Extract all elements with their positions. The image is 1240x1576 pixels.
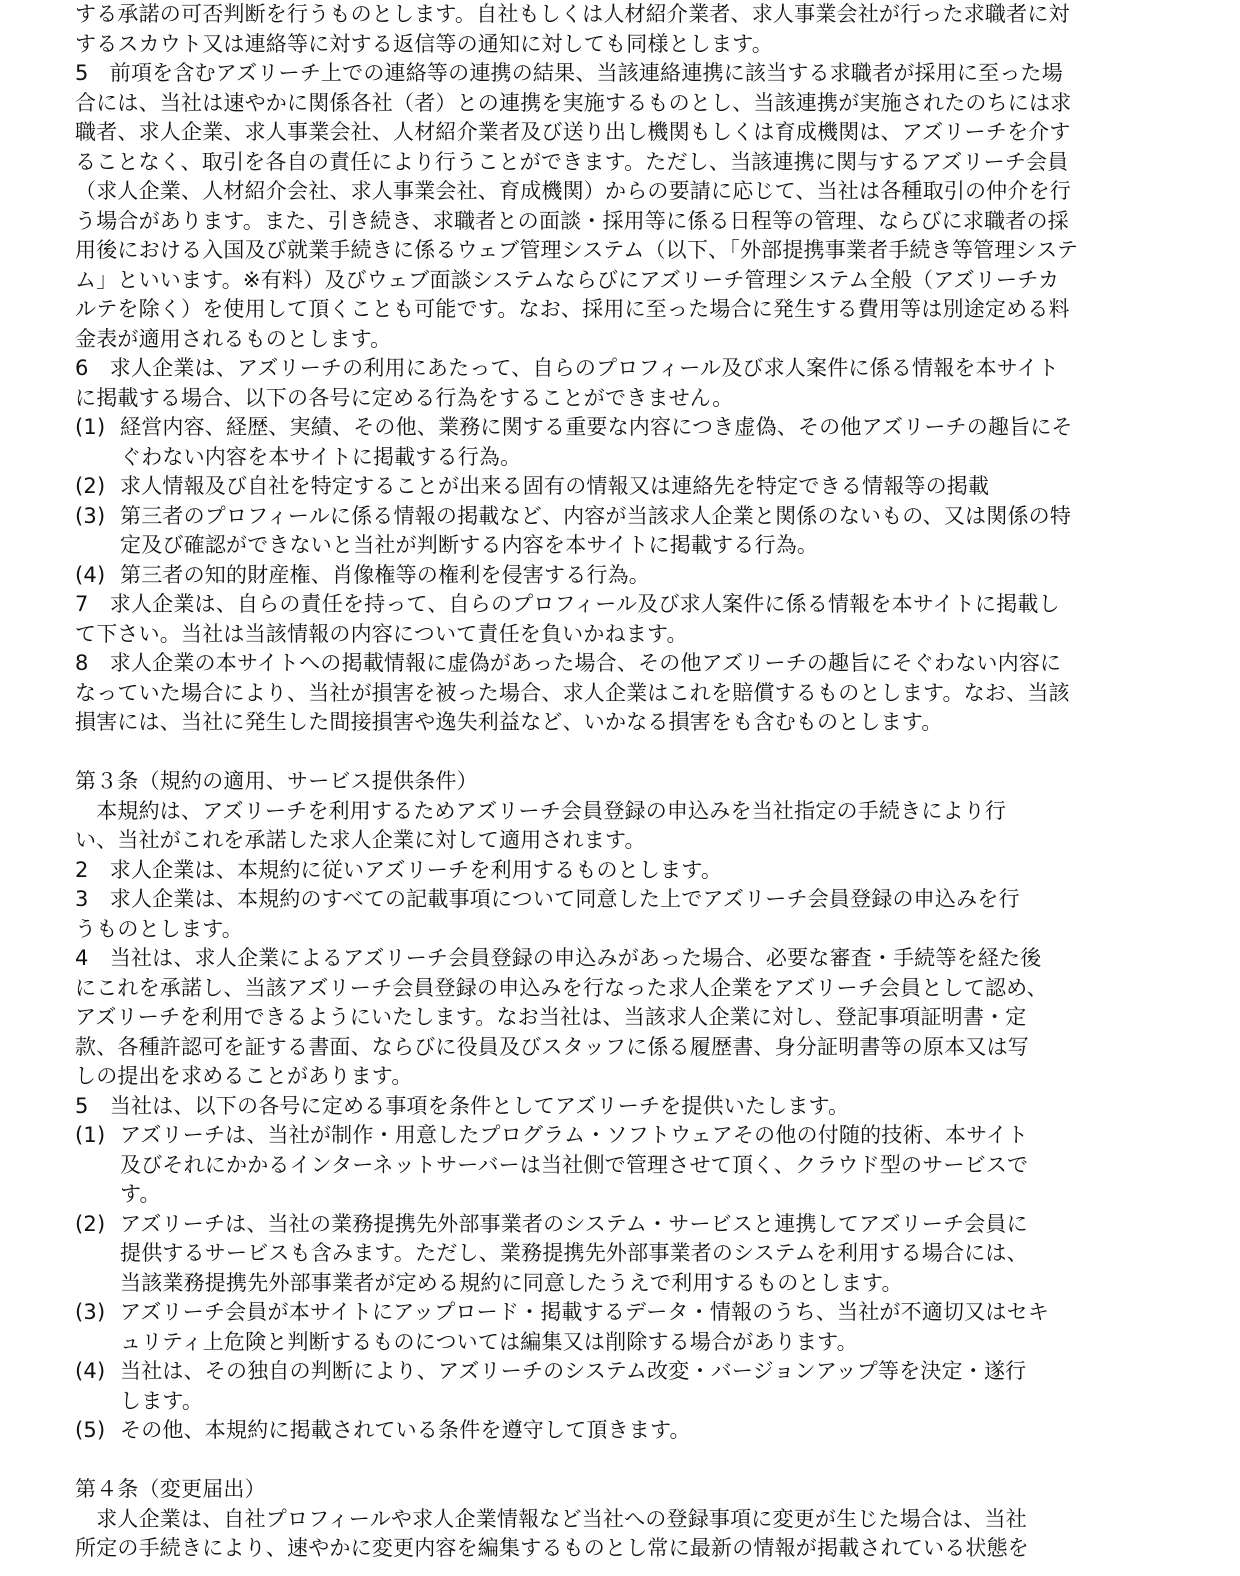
paragraph-line: に掲載する場合、以下の各号に定める行為をすることができません。 [75,384,1175,414]
article-heading: 第３条（規約の適用、サービス提供条件） [75,767,1175,797]
list-item-number: (1) [75,1121,120,1151]
list-item-continuation: す。 [75,1180,1175,1210]
paragraph-line: 損害には、当社に発生した間接損害や逸失利益など、いかなる損害をも含むものとします… [75,708,1175,738]
list-item-text: 第三者のプロフィールに係る情報の掲載など、内容が当該求人企業と関係のないもの、又… [120,502,1071,532]
blank-line [75,1446,1175,1476]
list-item-continuation: 提供するサービスも含みます。ただし、業務提携先外部事業者のシステムを利用する場合… [75,1239,1175,1269]
list-item: (2)求人情報及び自社を特定することが出来る固有の情報又は連絡先を特定できる情報… [75,472,1175,502]
paragraph-line: 合には、当社は速やかに関係各社（者）との連携を実施するものとし、当該連携が実施さ… [75,89,1175,119]
list-item-number: (5) [75,1416,120,1446]
list-item: (1)アズリーチは、当社が制作・用意したプログラム・ソフトウェアその他の付随的技… [75,1121,1175,1151]
paragraph-line: 款、各種許認可を証する書面、ならびに役員及びスタッフに係る履歴書、身分証明書等の… [75,1033,1175,1063]
list-item-text: 当社は、その独自の判断により、アズリーチのシステム改変・バージョンアップ等を決定… [120,1357,1026,1387]
paragraph-line: （求人企業、人材紹介会社、求人事業会社、育成機関）からの要請に応じて、当社は各種… [75,177,1175,207]
paragraph-line: う場合があります。また、引き続き、求職者との面談・採用等に係る日程等の管理、なら… [75,207,1175,237]
list-item: (5)その他、本規約に掲載されている条件を遵守して頂きます。 [75,1416,1175,1446]
paragraph-line: する承諾の可否判断を行うものとします。自社もしくは人材紹介業者、求人事業会社が行… [75,0,1175,30]
paragraph-line: しの提出を求めることがあります。 [75,1062,1175,1092]
paragraph-line: うものとします。 [75,915,1175,945]
list-item: (2)アズリーチは、当社の業務提携先外部事業者のシステム・サービスと連携してアズ… [75,1210,1175,1240]
list-item-text: 求人情報及び自社を特定することが出来る固有の情報又は連絡先を特定できる情報等の掲… [120,472,989,502]
paragraph-line: ム」といいます。※有料）及びウェブ面談システムならびにアズリーチ管理システム全般… [75,266,1175,296]
paragraph-line: 8 求人企業の本サイトへの掲載情報に虚偽があった場合、その他アズリーチの趣旨にそ… [75,649,1175,679]
list-item-continuation: 及びそれにかかるインターネットサーバーは当社側で管理させて頂く、クラウド型のサー… [75,1151,1175,1181]
list-item-text: アズリーチ会員が本サイトにアップロード・掲載するデータ・情報のうち、当社が不適切… [120,1298,1049,1328]
paragraph-line: 3 求人企業は、本規約のすべての記載事項について同意した上でアズリーチ会員登録の… [75,885,1175,915]
list-item-continuation: ぐわない内容を本サイトに掲載する行為。 [75,443,1175,473]
paragraph-line: 2 求人企業は、本規約に従いアズリーチを利用するものとします。 [75,856,1175,886]
list-item-text: 経営内容、経歴、実績、その他、業務に関する重要な内容につき虚偽、その他アズリーチ… [120,413,1073,443]
list-item-continuation: 当該業務提携先外部事業者が定める規約に同意したうえで利用するものとします。 [75,1269,1175,1299]
paragraph-line: い、当社がこれを承諾した求人企業に対して適用されます。 [75,826,1175,856]
paragraph-line: ルテを除く）を使用して頂くことも可能です。なお、採用に至った場合に発生する費用等… [75,295,1175,325]
paragraph-line: なっていた場合により、当社が損害を被った場合、求人企業はこれを賠償するものとしま… [75,679,1175,709]
list-item-text: 第三者の知的財産権、肖像権等の権利を侵害する行為。 [120,561,650,591]
list-item: (3)アズリーチ会員が本サイトにアップロード・掲載するデータ・情報のうち、当社が… [75,1298,1175,1328]
paragraph-line: て下さい。当社は当該情報の内容について責任を負いかねます。 [75,620,1175,650]
paragraph-line: 用後における入国及び就業手続きに係るウェブ管理システム（以下、「外部提携事業者手… [75,236,1175,266]
paragraph-line: 5 前項を含むアズリーチ上での連絡等の連携の結果、当該連絡連携に該当する求職者が… [75,59,1175,89]
paragraph-line: 所定の手続きにより、速やかに変更内容を編集するものとし常に最新の情報が掲載されて… [75,1534,1175,1564]
article-heading: 第４条（変更届出） [75,1475,1175,1505]
list-item: (4)第三者の知的財産権、肖像権等の権利を侵害する行為。 [75,561,1175,591]
paragraph-line: するスカウト又は連絡等に対する返信等の通知に対しても同様とします。 [75,30,1175,60]
paragraph-line: 4 当社は、求人企業によるアズリーチ会員登録の申込みがあった場合、必要な審査・手… [75,944,1175,974]
paragraph-line: 職者、求人企業、求人事業会社、人材紹介業者及び送り出し機関もしくは育成機関は、ア… [75,118,1175,148]
terms-document: する承諾の可否判断を行うものとします。自社もしくは人材紹介業者、求人事業会社が行… [75,0,1175,1564]
paragraph-line: アズリーチを利用できるようにいたします。なお当社は、当該求人企業に対し、登記事項… [75,1003,1175,1033]
list-item-number: (4) [75,561,120,591]
list-item-continuation: ュリティ上危険と判断するものについては編集又は削除する場合があります。 [75,1328,1175,1358]
list-item-number: (4) [75,1357,120,1387]
list-item-number: (2) [75,472,120,502]
list-item-continuation: 定及び確認ができないと当社が判断する内容を本サイトに掲載する行為。 [75,531,1175,561]
paragraph-line: 求人企業は、自社プロフィールや求人企業情報など当社への登録事項に変更が生じた場合… [75,1505,1175,1535]
paragraph-line: 7 求人企業は、自らの責任を持って、自らのプロフィール及び求人案件に係る情報を本… [75,590,1175,620]
list-item-number: (3) [75,1298,120,1328]
paragraph-line: 6 求人企業は、アズリーチの利用にあたって、自らのプロフィール及び求人案件に係る… [75,354,1175,384]
list-item-number: (3) [75,502,120,532]
list-item-text: アズリーチは、当社が制作・用意したプログラム・ソフトウェアその他の付随的技術、本… [120,1121,1028,1151]
list-item-continuation: します。 [75,1387,1175,1417]
paragraph-line: ることなく、取引を各自の責任により行うことができます。ただし、当該連携に関与する… [75,148,1175,178]
paragraph-line: 本規約は、アズリーチを利用するためアズリーチ会員登録の申込みを当社指定の手続きに… [75,797,1175,827]
list-item: (4)当社は、その独自の判断により、アズリーチのシステム改変・バージョンアップ等… [75,1357,1175,1387]
paragraph-line: にこれを承諾し、当該アズリーチ会員登録の申込みを行なった求人企業をアズリーチ会員… [75,974,1175,1004]
list-item-text: その他、本規約に掲載されている条件を遵守して頂きます。 [120,1416,691,1446]
blank-line [75,738,1175,768]
paragraph-line: 5 当社は、以下の各号に定める事項を条件としてアズリーチを提供いたします。 [75,1092,1175,1122]
paragraph-line: 金表が適用されるものとします。 [75,325,1175,355]
list-item: (3)第三者のプロフィールに係る情報の掲載など、内容が当該求人企業と関係のないも… [75,502,1175,532]
list-item-text: アズリーチは、当社の業務提携先外部事業者のシステム・サービスと連携してアズリーチ… [120,1210,1028,1240]
list-item-number: (1) [75,413,120,443]
list-item: (1)経営内容、経歴、実績、その他、業務に関する重要な内容につき虚偽、その他アズ… [75,413,1175,443]
list-item-number: (2) [75,1210,120,1240]
